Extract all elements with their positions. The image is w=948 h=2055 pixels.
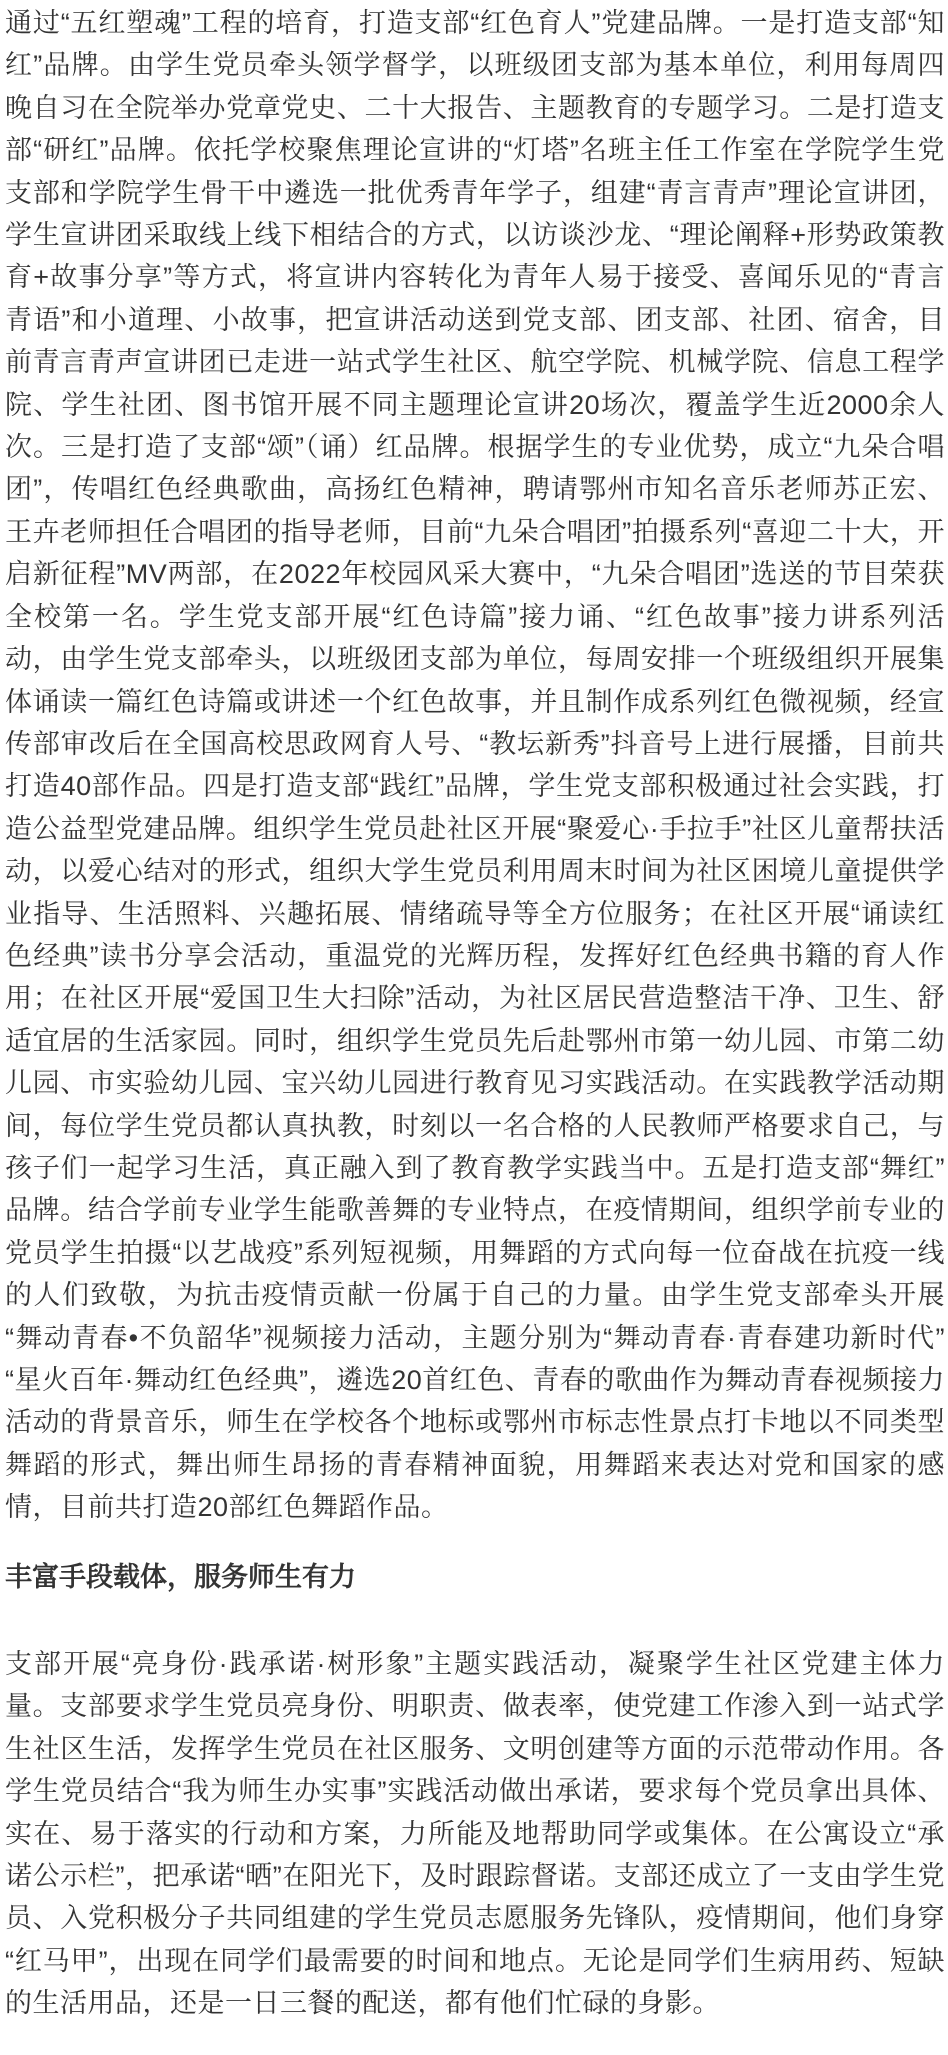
paragraph-five-red-brands: 通过“五红塑魂”工程的培育，打造支部“红色育人”党建品牌。一是打造支部“知红”品… [5,2,945,1529]
paragraph-serve-teachers-students: 支部开展“亮身份·践承诺·树形象”主题实践活动，凝聚学生社区党建主体力量。支部要… [5,1643,945,2025]
article-body: 通过“五红塑魂”工程的培育，打造支部“红色育人”党建品牌。一是打造支部“知红”品… [0,0,948,2055]
section-heading: 丰富手段载体，服务师生有力 [5,1556,945,1598]
